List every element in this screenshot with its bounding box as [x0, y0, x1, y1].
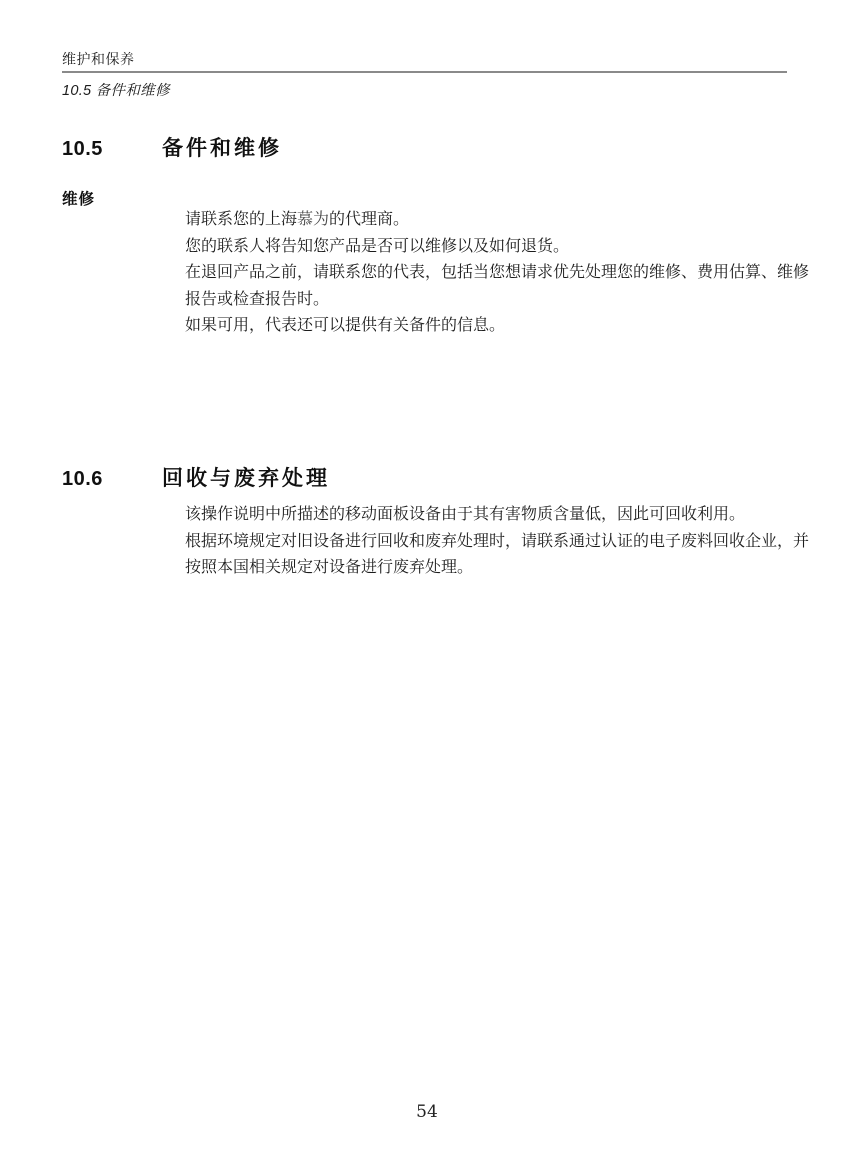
section-heading-spare-parts: 10.5 备件和维修: [62, 136, 282, 162]
page-number: 54: [0, 1102, 854, 1122]
section-title: 备件和维修: [162, 136, 282, 162]
section-number: 10.6: [62, 466, 162, 492]
document-page: 维护和保养 10.5 备件和维修 10.5 备件和维修 维修 请联系您的上海慕为…: [0, 0, 868, 1157]
running-subheader: 10.5 备件和维修: [62, 82, 170, 100]
paragraph-disposal: 根据环境规定对旧设备进行回收和废弃处理时，请联系通过认证的电子废料回收企业，并按…: [185, 529, 817, 582]
running-header: 维护和保养: [62, 50, 135, 68]
paragraph-contact: 请联系您的上海慕为的代理商。: [185, 206, 817, 234]
paragraph-contact-suffix: 的代理商。: [329, 211, 409, 228]
brand-name: 慕为: [297, 209, 329, 228]
paragraph-recyclable: 该操作说明中所描述的移动面板设备由于其有害物质含量低，因此可回收利用。: [185, 502, 817, 529]
section-number: 10.5: [62, 136, 162, 162]
paragraph-spare-info: 如果可用，代表还可以提供有关备件的信息。: [185, 313, 817, 340]
paragraph-return-info: 您的联系人将告知您产品是否可以维修以及如何退货。: [185, 234, 817, 261]
section-title: 回收与废弃处理: [162, 466, 330, 492]
paragraph-before-return: 在退回产品之前，请联系您的代表，包括当您想请求优先处理您的维修、费用估算、维修报…: [185, 260, 817, 313]
section-heading-recycling: 10.6 回收与废弃处理: [62, 466, 330, 492]
margin-label-repair: 维修: [62, 190, 95, 210]
section-body-spare-parts: 请联系您的上海慕为的代理商。 您的联系人将告知您产品是否可以维修以及如何退货。 …: [185, 206, 817, 340]
paragraph-contact-prefix: 请联系您的上海: [185, 211, 297, 228]
section-body-recycling: 该操作说明中所描述的移动面板设备由于其有害物质含量低，因此可回收利用。 根据环境…: [185, 502, 817, 582]
header-rule: [62, 71, 787, 73]
